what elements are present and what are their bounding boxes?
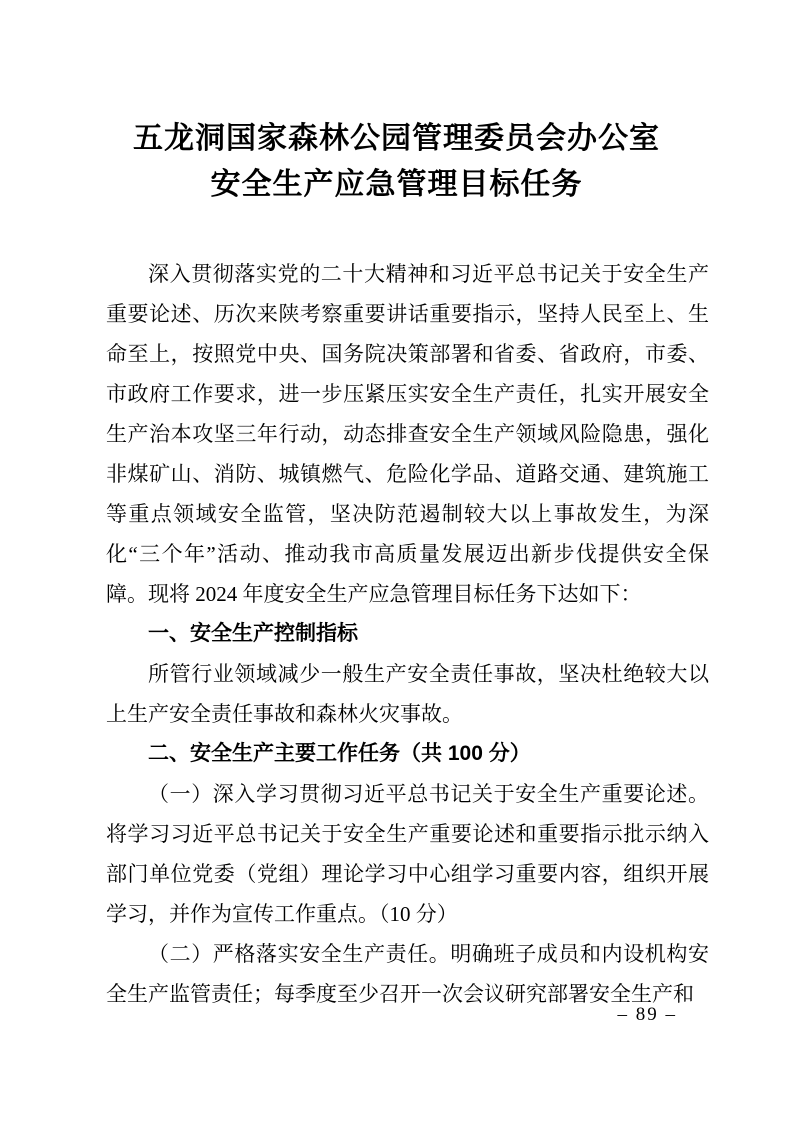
document-title-line2: 安全生产应急管理目标任务: [0, 162, 793, 208]
paragraph: 深入贯彻落实党的二十大精神和习近平总书记关于安全生产重要论述、历次来陕考察重要讲…: [106, 254, 709, 614]
page-number: – 89 –: [618, 1004, 678, 1026]
document-page: 五龙洞国家森林公园管理委员会办公室 安全生产应急管理目标任务 深入贯彻落实党的二…: [0, 0, 793, 1122]
paragraph: （一）深入学习贯彻习近平总书记关于安全生产重要论述。将学习习近平总书记关于安全生…: [106, 774, 709, 934]
document-title-line1: 五龙洞国家森林公园管理委员会办公室: [0, 116, 793, 162]
document-title: 五龙洞国家森林公园管理委员会办公室 安全生产应急管理目标任务: [0, 0, 793, 208]
section-heading: 一、安全生产控制指标: [106, 614, 709, 654]
paragraph: 所管行业领域减少一般生产安全责任事故，坚决杜绝较大以上生产安全责任事故和森林火灾…: [106, 654, 709, 734]
paragraph: （二）严格落实安全生产责任。明确班子成员和内设机构安全生产监管责任；每季度至少召…: [106, 934, 709, 1014]
section-heading: 二、安全生产主要工作任务（共 100 分）: [106, 734, 709, 774]
document-body: 深入贯彻落实党的二十大精神和习近平总书记关于安全生产重要论述、历次来陕考察重要讲…: [106, 254, 709, 1014]
